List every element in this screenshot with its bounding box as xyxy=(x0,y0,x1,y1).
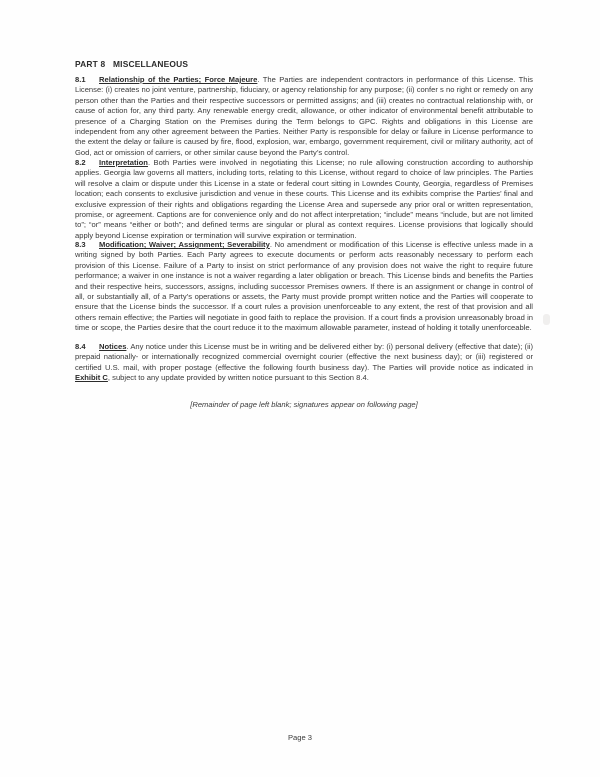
document-page: PART 8MISCELLANEOUS 8.1Relationship of t… xyxy=(0,0,600,777)
section-8-2-body: . Both Parties were involved in negotiat… xyxy=(75,158,533,240)
section-8-3-body: . No amendment or modification of this L… xyxy=(75,240,533,332)
part-title: MISCELLANEOUS xyxy=(113,59,188,69)
section-8-4-body: . Any notice under this License must be … xyxy=(75,342,533,372)
page-number: Page 3 xyxy=(0,733,600,742)
section-8-1-body: . The Parties are independent contractor… xyxy=(75,75,533,157)
part-number: PART 8 xyxy=(75,59,113,69)
section-8-4-body-continued: , subject to any update provided by writ… xyxy=(108,373,369,382)
part-heading: PART 8MISCELLANEOUS xyxy=(75,59,533,69)
section-8-2-heading: Interpretation xyxy=(99,158,148,167)
section-8-4: 8.4Notices. Any notice under this Licens… xyxy=(75,342,533,384)
section-8-1: 8.1Relationship of the Parties; Force Ma… xyxy=(75,75,533,158)
scan-smudge xyxy=(543,314,550,325)
section-8-1-heading: Relationship of the Parties; Force Majeu… xyxy=(99,75,257,84)
section-8-2-number: 8.2 xyxy=(75,158,99,168)
exhibit-c-reference: Exhibit C xyxy=(75,373,108,382)
section-8-4-heading: Notices xyxy=(99,342,126,351)
section-8-1-number: 8.1 xyxy=(75,75,99,85)
section-8-3-heading: Modification; Waiver; Assignment; Severa… xyxy=(99,240,270,249)
remainder-of-page-note: [Remainder of page left blank; signature… xyxy=(75,400,533,409)
section-8-3: 8.3Modification; Waiver; Assignment; Sev… xyxy=(75,240,533,334)
section-8-4-number: 8.4 xyxy=(75,342,99,352)
section-8-3-number: 8.3 xyxy=(75,240,99,250)
section-8-2: 8.2Interpretation. Both Parties were inv… xyxy=(75,158,533,241)
